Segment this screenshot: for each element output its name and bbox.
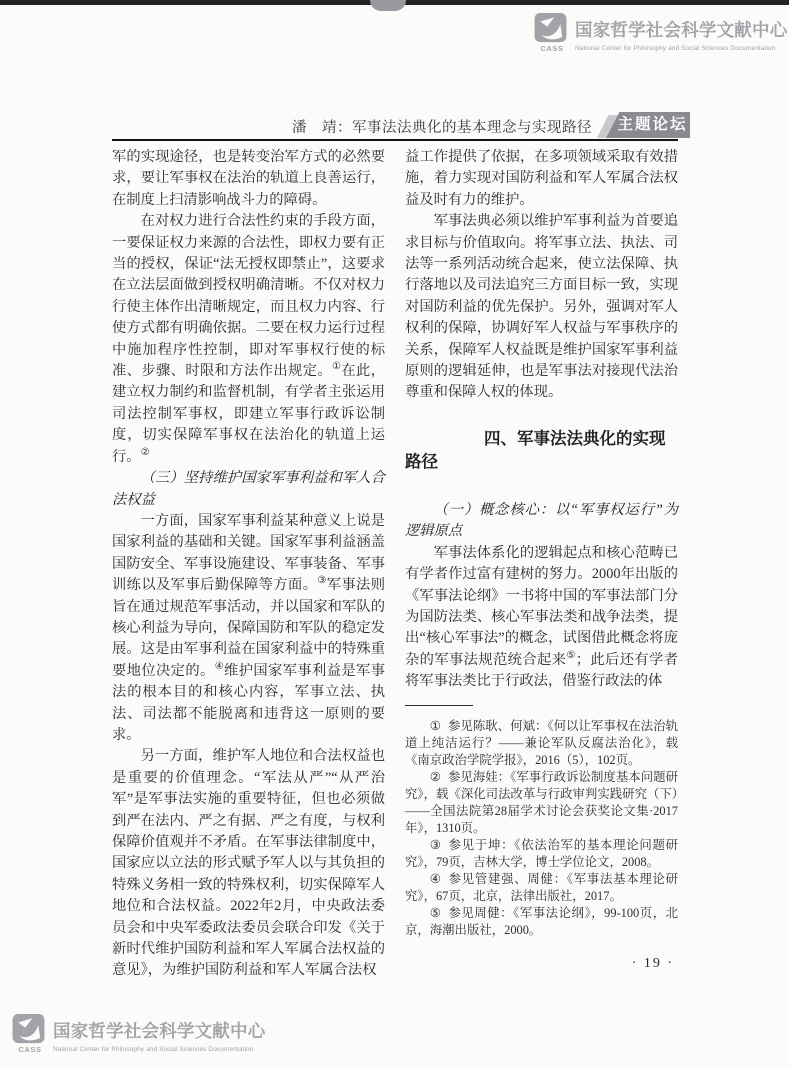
cass-logo-icon [12, 1014, 45, 1044]
footnote-ref: ② [141, 447, 150, 458]
topic-badge: 主题论坛 [606, 112, 690, 138]
scanned-journal-page: { "brand": { "cn": "国家哲学社会科学文献中心", "abbr… [0, 0, 789, 1067]
cass-logo-en-text: National Center for Philosophy and Socia… [53, 1046, 272, 1054]
cass-logo-abbr: CASS [534, 44, 570, 53]
footnote: ⑤参见周健：《军事法论纲》，99-100页，北京，海潮出版社，2000。 [405, 905, 678, 939]
footnote-text: 参见周健：《军事法论纲》，99-100页，北京，海潮出版社，2000。 [405, 906, 678, 937]
footnote-marker: ③ [430, 838, 442, 852]
cass-logo-cn-text: 国家哲学社会科学文献中心 [53, 1023, 272, 1041]
article-body: 军的实现途径，也是转变治军方式的必然要求，要让军事权在法治的轨道上良善运行，在制… [112, 147, 678, 982]
right-column: 益工作提供了依据，在多项领域采取有效措施，着力实现对国防利益和军人军属合法权益及… [405, 147, 678, 982]
subsection-heading: （一）概念核心：以“军事权运行”为逻辑原点 [405, 500, 678, 543]
body-paragraph: 一方面，国家军事利益某种意义上说是国家利益的基础和关键。国家军事利益涵盖国防安全… [112, 511, 385, 746]
topic-badge-label: 主题论坛 [606, 112, 690, 138]
footnote: ③参见于坤：《依法治军的基本理论问题研究》，79页，吉林大学，博士学位论文，20… [405, 837, 678, 871]
cass-watermark-top: 国家哲学社会科学文献中心 CASS National Center for Ph… [534, 13, 786, 53]
section-heading: 四、军事法法典化的实现路径 [405, 428, 678, 474]
footnote-marker: ④ [430, 872, 442, 886]
footnote: ②参见海娃：《军事行政诉讼制度基本问题研究》，载《深化司法改革与行政审判实践研究… [405, 769, 678, 837]
footnote-marker: ① [430, 719, 441, 733]
footnote-marker: ② [430, 770, 441, 784]
page-number: · 19 · [404, 956, 674, 972]
footnote-separator [405, 705, 473, 706]
footnote-text: 参见管建强、周健：《军事法基本理论研究》，67页，北京，法律出版社，2017。 [405, 872, 678, 903]
header-rule [112, 139, 678, 141]
body-paragraph: 军事法典必须以维护军事利益为首要追求目标与价值取向。将军事立法、执法、司法等一系… [405, 211, 678, 404]
footnote-marker: ⑤ [430, 906, 442, 920]
footnote-ref: ⑤ [566, 650, 575, 661]
footnote-text: 参见陈耿、何斌：《何以让军事权在法治轨道上纯洁运行？——兼论军队反腐法治化》，载… [405, 719, 678, 767]
cass-logo-cn-text: 国家哲学社会科学文献中心 [575, 22, 787, 40]
cass-logo-en-text: National Center for Philosophy and Socia… [575, 45, 787, 53]
subsection-heading: （三）坚持维护国家军事利益和军人合法权益 [112, 468, 385, 511]
footnote-ref: ① [332, 361, 341, 372]
body-paragraph: 益工作提供了依据，在多项领域采取有效措施，着力实现对国防利益和军人军属合法权益及… [405, 147, 678, 211]
cass-watermark-bottom: 国家哲学社会科学文献中心 CASS National Center for Ph… [12, 1014, 272, 1054]
cass-logo-icon [534, 13, 567, 43]
body-paragraph: 另一方面，维护军人地位和合法权益也是重要的价值理念。“军法从严”“从严治军”是军… [112, 746, 385, 981]
footnote-text: 参见于坤：《依法治军的基本理论问题研究》，79页，吉林大学，博士学位论文，200… [405, 838, 678, 869]
body-paragraph: 军的实现途径，也是转变治军方式的必然要求，要让军事权在法治的轨道上良善运行，在制… [112, 147, 385, 211]
scan-binding-notch [370, 0, 406, 11]
running-header-article-ref: 潘 靖：军事法法典化的基本理念与实现路径 [112, 116, 592, 137]
body-paragraph: 在对权力进行合法性约束的手段方面，一要保证权力来源的合法性，即权力要有正当的授权… [112, 211, 385, 468]
footnote-ref: ④ [215, 661, 224, 672]
footnote-text: 参见海娃：《军事行政诉讼制度基本问题研究》，载《深化司法改革与行政审判实践研究（… [405, 770, 678, 835]
cass-logo-abbr: CASS [12, 1045, 48, 1054]
footnote: ①参见陈耿、何斌：《何以让军事权在法治轨道上纯洁运行？——兼论军队反腐法治化》，… [405, 718, 678, 769]
left-column: 军的实现途径，也是转变治军方式的必然要求，要让军事权在法治的轨道上良善运行，在制… [112, 147, 385, 982]
body-paragraph: 军事法体系化的逻辑起点和核心范畴已有学者作过富有建树的努力。2000年出版的《军… [405, 543, 678, 693]
footnote-ref: ③ [317, 575, 326, 586]
footnote: ④参见管建强、周健：《军事法基本理论研究》，67页，北京，法律出版社，2017。 [405, 871, 678, 905]
